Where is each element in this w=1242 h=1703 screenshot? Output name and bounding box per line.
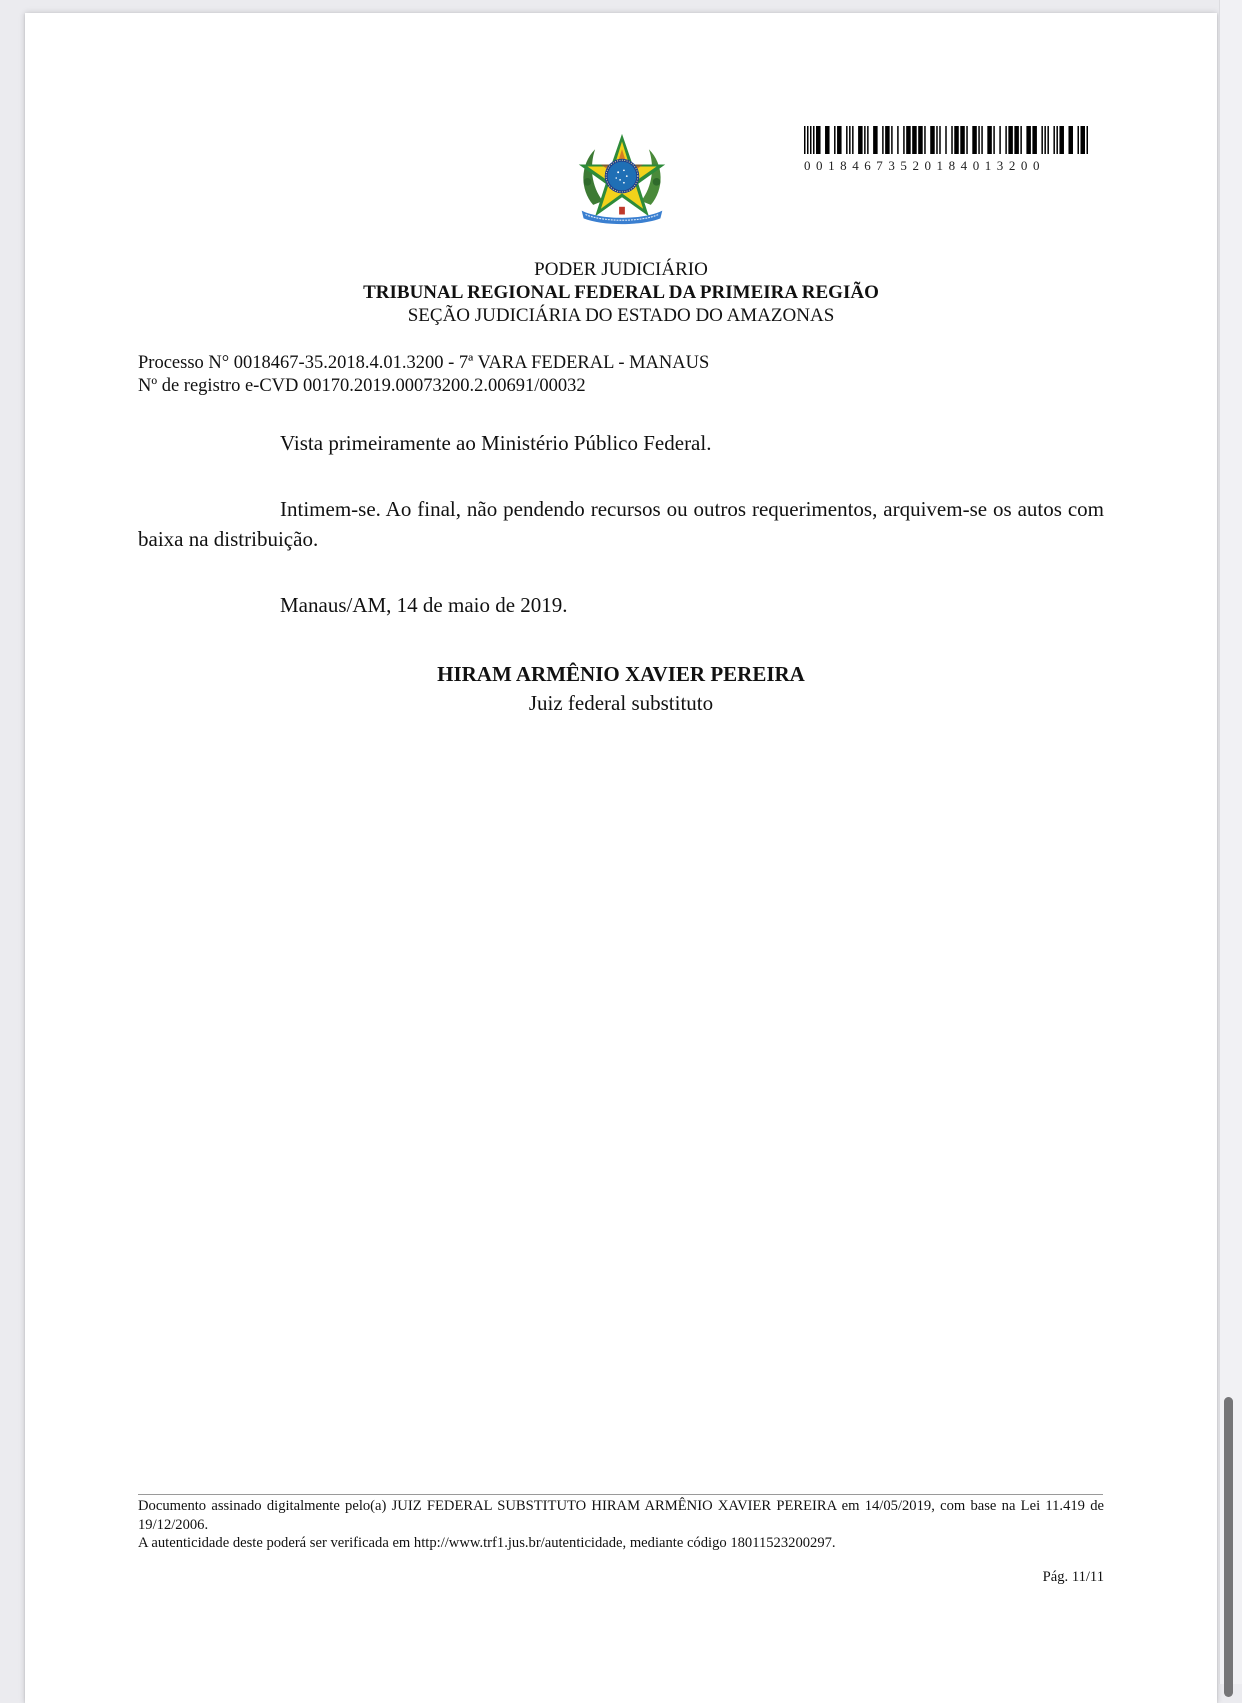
authenticity-note: A autenticidade deste poderá ser verific…: [138, 1534, 1104, 1553]
header-line-tribunal: TRIBUNAL REGIONAL FEDERAL DA PRIMEIRA RE…: [25, 281, 1217, 304]
signature-block: HIRAM ARMÊNIO XAVIER PEREIRA Juiz federa…: [25, 660, 1217, 718]
court-header: PODER JUDICIÁRIO TRIBUNAL REGIONAL FEDER…: [25, 258, 1217, 327]
footer-divider: [138, 1494, 1103, 1495]
header-line-section: SEÇÃO JUDICIÁRIA DO ESTADO DO AMAZONAS: [25, 304, 1217, 327]
paragraph-vista: Vista primeiramente ao Ministério Públic…: [280, 428, 711, 458]
judge-title: Juiz federal substituto: [25, 689, 1217, 718]
process-info: Processo N° 0018467-35.2018.4.01.3200 - …: [138, 352, 709, 398]
barcode-digits: 0 0 1 8 4 6 7 3 5 2 0 1 8 4 0 1 3 2 0 0: [804, 158, 1088, 174]
coat-of-arms-icon: [574, 130, 670, 226]
footer-notes: Documento assinado digitalmente pelo(a) …: [138, 1497, 1104, 1553]
page-number: Pág. 11/11: [990, 1569, 1104, 1586]
registry-number: Nº de registro e-CVD 00170.2019.00073200…: [138, 375, 709, 398]
digital-signature-note: Documento assinado digitalmente pelo(a) …: [138, 1497, 1104, 1534]
scrollbar-thumb[interactable]: [1224, 1397, 1233, 1684]
judge-name: HIRAM ARMÊNIO XAVIER PEREIRA: [25, 660, 1217, 689]
date-line: Manaus/AM, 14 de maio de 2019.: [280, 590, 568, 620]
pdf-viewer: 0 0 1 8 4 6 7 3 5 2 0 1 8 4 0 1 3 2 0 0 …: [0, 0, 1242, 1684]
paragraph-intimem: Intimem-se. Ao final, não pendendo recur…: [138, 494, 1104, 554]
barcode: [804, 126, 1088, 154]
process-number: Processo N° 0018467-35.2018.4.01.3200 - …: [138, 352, 709, 375]
header-line-judiciary: PODER JUDICIÁRIO: [25, 258, 1217, 281]
